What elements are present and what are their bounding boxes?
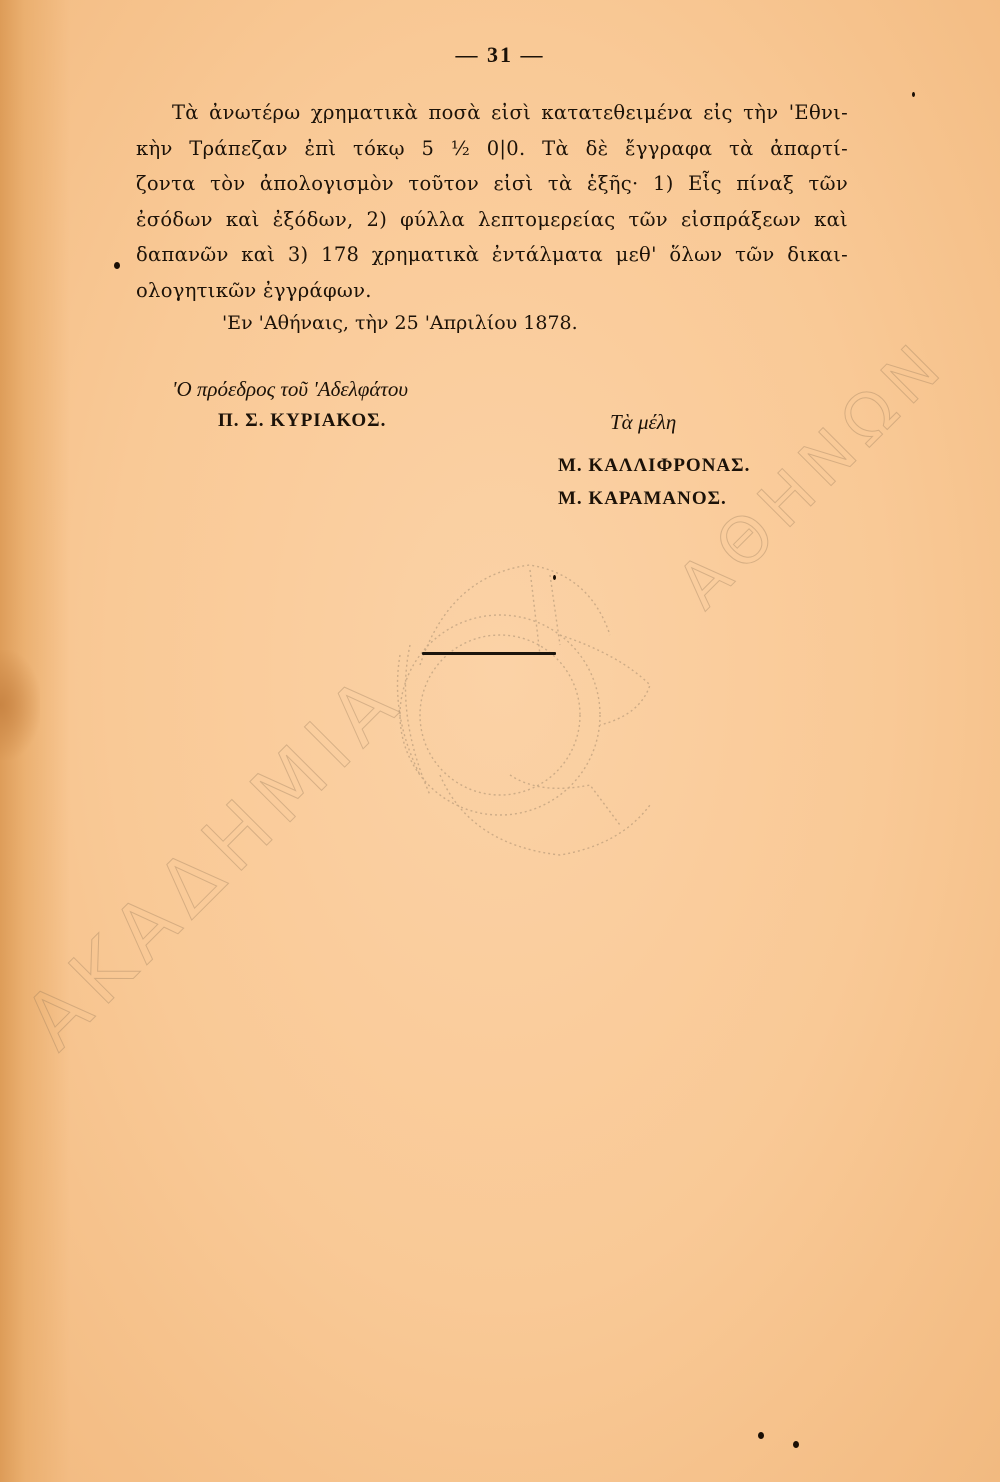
- member-name: Μ. ΚΑΛΛΙΦΡΟΝΑΣ.: [558, 455, 750, 477]
- paragraph-line: ολογητικῶν ἐγγράφων.: [136, 273, 848, 309]
- ink-spot: [553, 575, 556, 580]
- president-title: 'Ο πρόεδρος τοῦ 'Αδελφάτου: [172, 377, 408, 402]
- member-name: Μ. ΚΑΡΑΜΑΝΟΣ.: [558, 488, 727, 510]
- president-name: Π. Σ. ΚΥΡΙΑΚΟΣ.: [218, 410, 386, 432]
- ink-spot: [912, 92, 915, 97]
- paragraph-line: Τὰ ἀνωτέρω χρηματικὰ ποσὰ εἰσὶ κατατεθει…: [136, 95, 848, 131]
- paragraph-line: κὴν Τράπεζαν ἐπὶ τόκῳ 5 ½ 0|0. Τὰ δὲ ἔγγ…: [136, 131, 848, 167]
- dateline: 'Εν 'Αθήναις, τὴν 25 'Απριλίου 1878.: [222, 312, 578, 334]
- paragraph-line: ζοντα τὸν ἀπολογισμὸν τοῦτον εἰσὶ τὰ ἑξῆ…: [136, 166, 848, 202]
- paragraph-line: ἐσόδων καὶ ἐξόδων, 2) φύλλα λεπτομερείας…: [136, 202, 848, 238]
- page-fold-stain: [0, 650, 40, 760]
- section-divider: [422, 652, 556, 655]
- ink-spot: [758, 1432, 764, 1439]
- members-title: Τὰ μέλη: [610, 410, 676, 435]
- body-paragraph: Τὰ ἀνωτέρω χρηματικὰ ποσὰ εἰσὶ κατατεθει…: [136, 95, 848, 308]
- ink-spot: [793, 1441, 799, 1448]
- page-number: — 31 —: [0, 42, 1000, 68]
- paragraph-line: δαπανῶν καὶ 3) 178 χρηματικὰ ἐντάλματα μ…: [136, 237, 848, 273]
- ink-spot: [114, 262, 120, 269]
